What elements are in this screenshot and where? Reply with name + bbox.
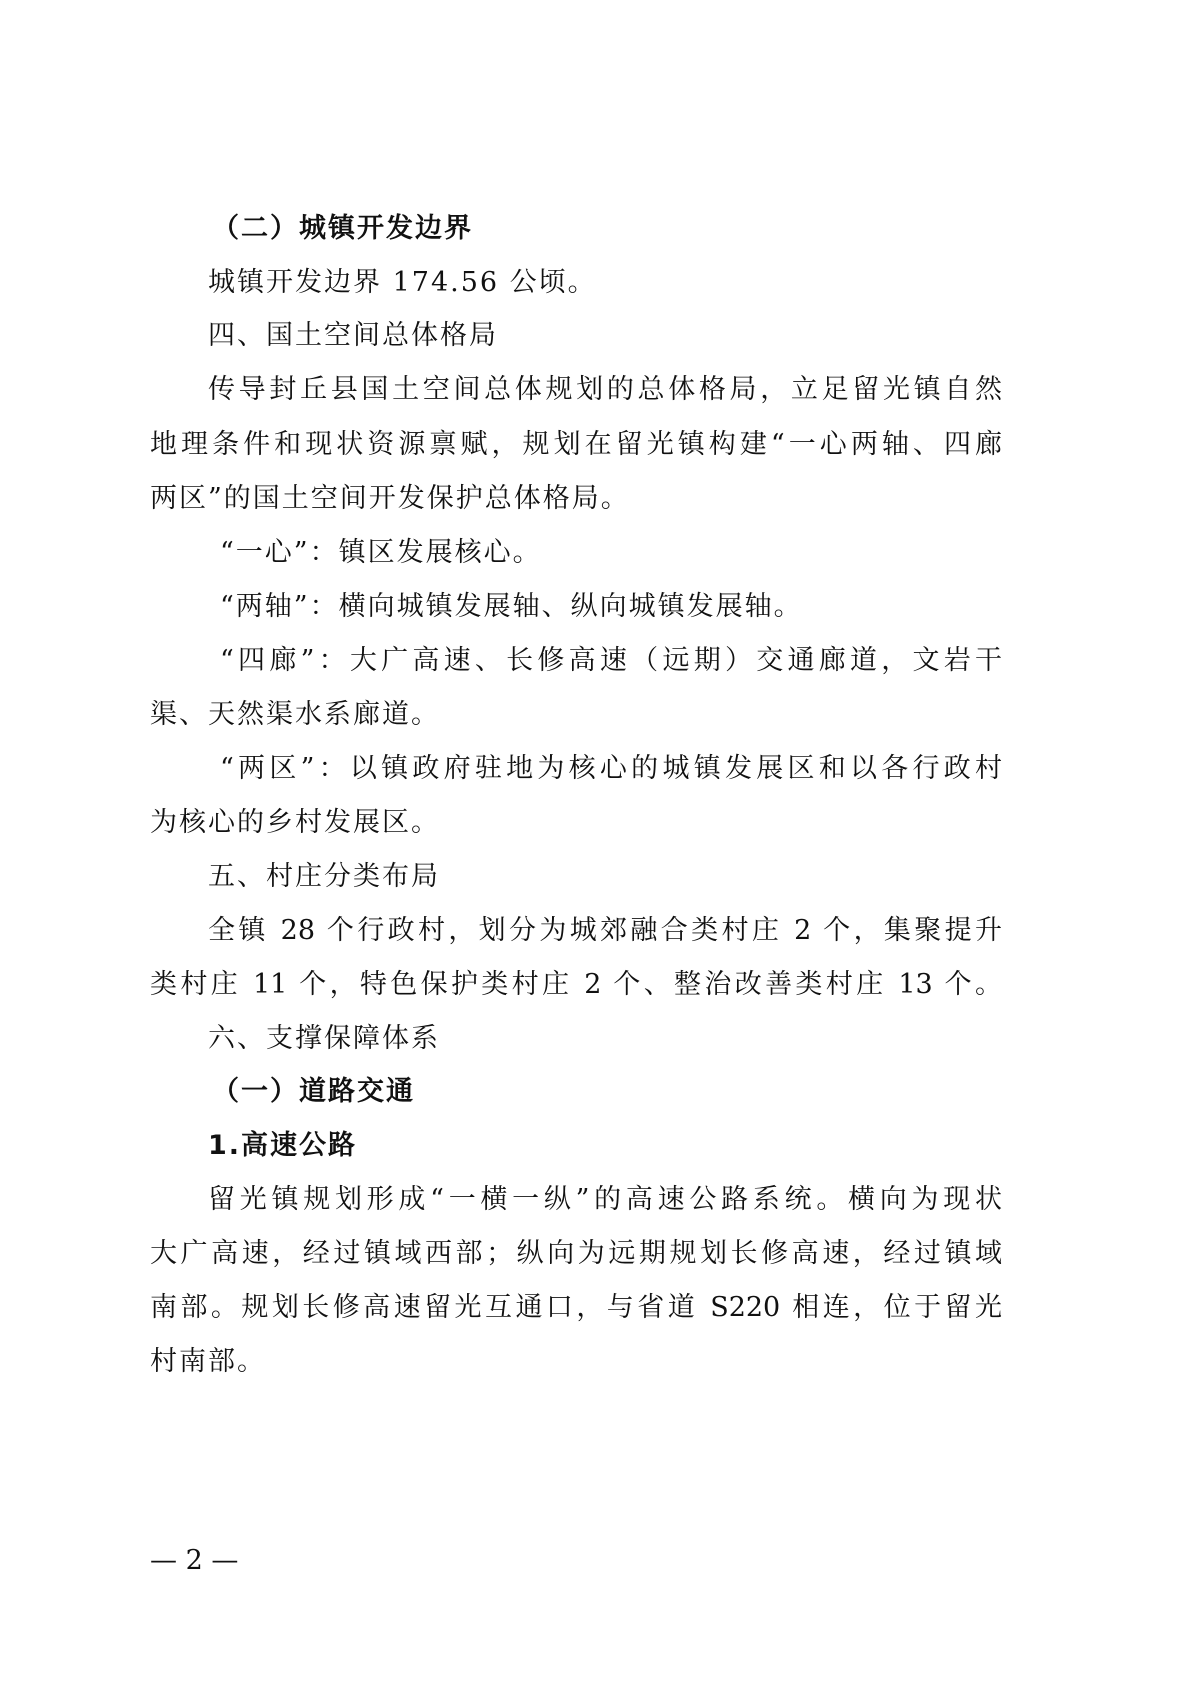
heading-village-classification: 五、村庄分类布局	[208, 857, 440, 897]
page-number: — 2 —	[150, 1541, 238, 1581]
paragraph: “一心”：镇区发展核心。	[220, 533, 542, 573]
subheading-expressway: 1.高速公路	[208, 1126, 357, 1166]
paragraph: 留光镇规划形成“一横一纵”的高速公路系统。横向为现状	[150, 1180, 1002, 1220]
paragraph: 村南部。	[150, 1342, 266, 1382]
paragraph: 南部。规划长修高速留光互通口，与省道 S220 相连，位于留光	[150, 1288, 1002, 1328]
paragraph: 大广高速，经过镇域西部；纵向为远期规划长修高速，经过镇域	[150, 1234, 1002, 1274]
heading-support-system: 六、支撑保障体系	[208, 1019, 440, 1059]
paragraph: 地理条件和现状资源禀赋，规划在留光镇构建“一心两轴、四廊	[150, 425, 1002, 465]
heading-overall-spatial-pattern: 四、国土空间总体格局	[208, 316, 498, 356]
paragraph: 类村庄 11 个，特色保护类村庄 2 个、整治改善类村庄 13 个。	[150, 965, 1002, 1005]
paragraph: “两轴”：横向城镇发展轴、纵向城镇发展轴。	[220, 587, 803, 627]
paragraph: “四廊”：大广高速、长修高速（远期）交通廊道，文岩干	[150, 641, 1002, 681]
paragraph: 城镇开发边界 174.56 公顷。	[208, 263, 597, 303]
paragraph: “两区”：以镇政府驻地为核心的城镇发展区和以各行政村	[150, 749, 1002, 789]
subheading-town-development-boundary: （二）城镇开发边界	[212, 209, 473, 249]
paragraph: 传导封丘县国土空间总体规划的总体格局，立足留光镇自然	[150, 370, 1002, 410]
paragraph: 为核心的乡村发展区。	[150, 803, 440, 843]
paragraph: 两区”的国土空间开发保护总体格局。	[150, 479, 630, 519]
paragraph: 渠、天然渠水系廊道。	[150, 695, 440, 735]
subheading-road-traffic: （一）道路交通	[212, 1072, 415, 1112]
paragraph: 全镇 28 个行政村，划分为城郊融合类村庄 2 个，集聚提升	[150, 911, 1002, 951]
